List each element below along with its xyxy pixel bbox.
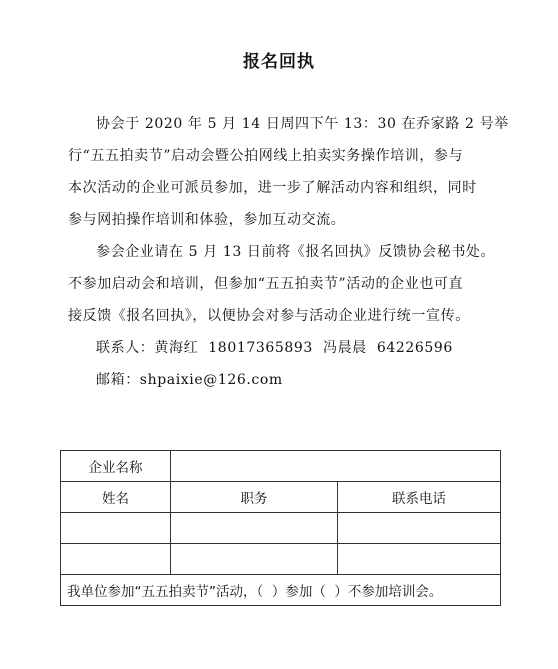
paragraph-2-line-2: 不参加启动会和培训，但参加“五五拍卖节”活动的企业也可直: [68, 273, 463, 293]
paragraph-1-line-4: 参与网拍操作培训和体验，参加互动交流。: [68, 209, 345, 229]
phone-field[interactable]: [338, 513, 501, 544]
document-title: 报名回执: [0, 47, 558, 72]
email-line: 邮箱：shpaixie@126.com: [96, 369, 283, 389]
paragraph-2-line-1: 参会企业请在 5 月 13 日前将《报名回执》反馈协会秘书处。: [96, 241, 495, 261]
name-field[interactable]: [61, 544, 171, 575]
contact-line: 联系人：黄海红 18017365893 冯晨晨 64226596: [96, 337, 453, 357]
paragraph-1-line-3: 本次活动的企业可派员参加，进一步了解活动内容和组织，同时: [68, 177, 477, 197]
position-field[interactable]: [171, 513, 338, 544]
header-position: 职务: [171, 482, 338, 513]
company-name-field[interactable]: [171, 451, 501, 482]
paragraph-2-line-3: 接反馈《报名回执》，以便协会对参与活动企业进行统一宣传。: [68, 305, 470, 325]
note-row: 我单位参加“五五拍卖节”活动，（ ）参加（ ）不参加培训会。: [61, 575, 501, 606]
position-field[interactable]: [171, 544, 338, 575]
company-row: 企业名称: [61, 451, 501, 482]
phone-field[interactable]: [338, 544, 501, 575]
name-field[interactable]: [61, 513, 171, 544]
table-row: [61, 513, 501, 544]
registration-form-table: 企业名称 姓名 职务 联系电话 我单位参加“五五拍卖节”活动，（ ）参加（ ）不…: [60, 450, 501, 606]
participation-note: 我单位参加“五五拍卖节”活动，（ ）参加（ ）不参加培训会。: [61, 575, 501, 606]
table-row: [61, 544, 501, 575]
paragraph-1-line-1: 协会于 2020 年 5 月 14 日周四下午 13：30 在乔家路 2 号举: [96, 113, 509, 133]
paragraph-1-line-2: 行“五五拍卖节”启动会暨公拍网线上拍卖实务操作培训，参与: [68, 145, 463, 165]
company-name-label: 企业名称: [61, 451, 171, 482]
header-phone: 联系电话: [338, 482, 501, 513]
header-row: 姓名 职务 联系电话: [61, 482, 501, 513]
header-name: 姓名: [61, 482, 171, 513]
